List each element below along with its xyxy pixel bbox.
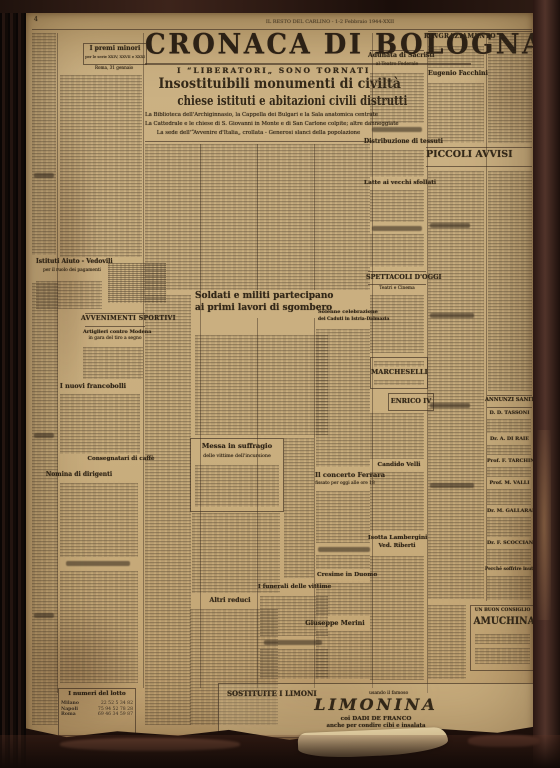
doctor-ad-text bbox=[487, 419, 531, 433]
column-text bbox=[316, 631, 370, 679]
lotto-box: I numeri del lotto Milano22 52 5 34 82 N… bbox=[58, 688, 136, 736]
newspaper-page: 4 IL RESTO DEL CARLINO - 1-2 Febbraio 19… bbox=[26, 13, 533, 740]
sgombero-headline-line2: ai primi lavori di sgombero bbox=[195, 304, 330, 313]
limonina-line2: anche per condire cibi e insalata bbox=[219, 724, 533, 730]
column-rule bbox=[486, 33, 487, 601]
folio-line: IL RESTO DEL CARLINO - 1-2 Febbraio 1944… bbox=[220, 20, 440, 25]
column-text bbox=[32, 33, 56, 255]
column-text bbox=[370, 73, 424, 123]
kicker: I “LIBERATORI„ SONO TORNATI bbox=[177, 67, 347, 75]
spettacoli-rule bbox=[368, 271, 426, 272]
sgombero-headline-line1: Soldati e militi partecipano bbox=[195, 292, 330, 301]
concerto-sub: fissato per oggi alle ore 18 bbox=[315, 482, 375, 487]
sport-headline-line1: Artiglieri contro Modena bbox=[83, 330, 147, 335]
blurred-headline bbox=[430, 483, 474, 488]
sport-header: AVVENIMENTI SPORTIVI bbox=[81, 316, 149, 323]
lotto-row: Roma69 46 34 59 87 bbox=[59, 712, 135, 718]
scan-border-right bbox=[533, 0, 560, 768]
main-headline-line1: Insostituibili monumenti di civiltà bbox=[145, 77, 372, 92]
column-rule bbox=[143, 33, 144, 688]
doctor-name: D. D. TASSONI bbox=[487, 411, 532, 416]
column-text bbox=[487, 576, 531, 600]
deck-rule bbox=[145, 141, 372, 142]
reduci-headline: Altri reduci bbox=[190, 597, 270, 604]
celebrazione-line2: dei Caduti in Istria-Dalmazia bbox=[318, 318, 374, 323]
doctor-ad-text bbox=[487, 489, 531, 505]
column-text bbox=[428, 46, 484, 68]
blurred-headline bbox=[430, 313, 474, 318]
blurred-headline bbox=[372, 127, 422, 132]
doctor-name: Prof. F. TARCHINI bbox=[487, 459, 532, 464]
doctor-name: Dr. F. SCOCCIANI bbox=[487, 541, 532, 546]
ad-text bbox=[374, 380, 424, 385]
adunata-rule bbox=[370, 50, 424, 51]
blurred-headline bbox=[430, 223, 470, 228]
amuchina-brand: AMUCHINA bbox=[474, 617, 532, 628]
main-headline-line2: chiese istituti e abitazioni civili dist… bbox=[145, 95, 372, 109]
premi-dateline: Roma, 31 gennaio bbox=[83, 66, 145, 70]
sport-rule bbox=[85, 326, 145, 327]
column-text bbox=[370, 413, 424, 459]
lombergini-line2: Ved. Riberti bbox=[368, 544, 426, 550]
listings-text bbox=[370, 295, 424, 353]
concerto-title: Il concerto Ferrara bbox=[315, 472, 375, 479]
adunata-title: Adunata di Sacristi bbox=[368, 53, 426, 60]
spettacoli-rule bbox=[368, 284, 426, 285]
column-text bbox=[370, 472, 424, 531]
column-text bbox=[32, 283, 58, 725]
column-text bbox=[192, 513, 280, 593]
doctor-name: Dr. A. DI RAIE bbox=[487, 437, 532, 442]
blurred-headline bbox=[430, 403, 470, 408]
scan-border-bottom bbox=[0, 735, 560, 768]
doctor-ad-text bbox=[487, 467, 531, 477]
blurred-headline bbox=[372, 226, 422, 231]
spettacoli-sub: Teatri e Cinema bbox=[368, 287, 426, 292]
amuchina-header: UN BUON CONSIGLIO bbox=[471, 609, 534, 614]
merini-headline: Giuseppe Merini bbox=[304, 620, 366, 627]
amuchina-ad: UN BUON CONSIGLIO AMUCHINA bbox=[470, 605, 535, 671]
page-number: 4 bbox=[34, 17, 38, 23]
column-text bbox=[316, 329, 370, 467]
vedovile-title: Istituti Aiuto - Vedovili bbox=[36, 259, 108, 265]
ringraziamento-header: RINGRAZIAMENTO bbox=[424, 34, 488, 40]
celebrazione-line1: Solenne celebrazione bbox=[318, 310, 374, 315]
deck-line1: La Biblioteca dell'Archiginnasio, la Cap… bbox=[145, 113, 372, 119]
classifieds-text bbox=[488, 171, 532, 391]
piccoli-avvisi-header: PICCOLI AVVISI bbox=[426, 150, 512, 160]
blurred-headline bbox=[34, 433, 54, 438]
ringraziamento-rule bbox=[428, 31, 532, 32]
column-text bbox=[195, 465, 279, 507]
ad-text bbox=[374, 361, 424, 367]
column-text bbox=[316, 491, 370, 543]
column-text bbox=[428, 83, 484, 143]
annunzi-header: ANNUNZI SANITARI bbox=[485, 398, 533, 403]
premi-minori-title: I premi minori bbox=[84, 46, 146, 53]
distribuzione-headline: Distribuzione di tessuti bbox=[364, 139, 430, 145]
soffrire-headline: Perché soffrire inutilmente? bbox=[485, 568, 533, 573]
column-text bbox=[145, 144, 370, 290]
column-text bbox=[370, 556, 424, 680]
column-text bbox=[60, 394, 140, 454]
column-text bbox=[36, 281, 102, 309]
francobolli-headline: I nuovi francobolli bbox=[50, 383, 136, 390]
candido-headline: Candido Velli bbox=[372, 462, 426, 468]
deck-line2: La Cattedrale e le chiese di S. Giovanni… bbox=[145, 122, 372, 128]
limonina-line1: coi DADI DE FRANCO bbox=[219, 716, 533, 722]
messa-title: Messa in suffragio bbox=[191, 443, 283, 450]
column-text bbox=[60, 571, 138, 683]
messa-sub: delle vittime dell'incursione bbox=[191, 454, 283, 459]
doctor-ad-text bbox=[487, 517, 531, 537]
ad-text bbox=[475, 634, 530, 644]
blurred-headline bbox=[34, 173, 54, 178]
column-text bbox=[316, 583, 370, 616]
column-text bbox=[195, 335, 328, 435]
annunzi-rule bbox=[487, 407, 532, 408]
blurred-headline bbox=[318, 547, 370, 552]
sport-rule bbox=[85, 313, 145, 314]
premi-minori-box: I premi minori per le serie XXIV, XXVII … bbox=[83, 43, 147, 65]
blurred-headline bbox=[34, 613, 54, 618]
lombergini-line1: Isotta Lambergini bbox=[368, 535, 426, 541]
column-text bbox=[370, 150, 424, 177]
scan-border-top bbox=[0, 0, 560, 13]
lotto-title: I numeri del lotto bbox=[59, 691, 135, 697]
column-text bbox=[83, 347, 143, 379]
facchini-headline: Eugenio Facchini bbox=[428, 71, 484, 78]
spettacoli-header: SPETTACOLI D'OGGI bbox=[366, 274, 428, 281]
enrico-iv-brand: ENRICO IV bbox=[389, 398, 433, 405]
marcheselli-brand: MARCHESELLI bbox=[371, 369, 427, 376]
ad-text bbox=[475, 648, 530, 664]
doctor-ad-text bbox=[487, 549, 531, 565]
adunata-sub: al Teatro Federale bbox=[368, 63, 426, 68]
column-text bbox=[370, 234, 424, 267]
premi-minori-sub: per le serie XXIV, XXVII e XXXI bbox=[84, 55, 146, 59]
classifieds-text bbox=[428, 171, 484, 599]
column-text bbox=[370, 190, 424, 222]
doctor-name: Dr. M. GALLARANI bbox=[487, 509, 532, 514]
deck-line3: La sede dell'“Avvenire d'Italia„ crollat… bbox=[145, 131, 372, 137]
doctor-ad-text bbox=[487, 445, 531, 455]
column-text bbox=[488, 33, 532, 143]
column-text bbox=[60, 75, 142, 257]
cresime-headline: Cresime in Duomo bbox=[317, 572, 372, 578]
newspaper-scan: 4 IL RESTO DEL CARLINO - 1-2 Febbraio 19… bbox=[0, 0, 560, 768]
binding-edge bbox=[0, 0, 26, 768]
sport-headline-line2: in gara del tiro a segno bbox=[83, 337, 147, 342]
column-text bbox=[60, 483, 138, 557]
messa-box: Messa in suffragio delle vittime dell'in… bbox=[190, 438, 284, 512]
piccoli-avvisi-rule bbox=[426, 147, 532, 148]
limonina-brand: LIMONINA bbox=[219, 697, 533, 714]
column-text bbox=[145, 295, 191, 725]
column-text bbox=[316, 555, 370, 569]
blurred-headline bbox=[66, 561, 130, 566]
column-text bbox=[284, 438, 314, 578]
latte-headline: Latte ai vecchi sfollati bbox=[364, 180, 430, 186]
annunzi-rule bbox=[487, 395, 532, 396]
column-text bbox=[428, 605, 466, 679]
marcheselli-ad: MARCHESELLI bbox=[370, 357, 428, 389]
piccoli-avvisi-rule bbox=[426, 166, 532, 167]
vedovile-sub: per il ruolo dei pagamenti bbox=[36, 269, 108, 274]
dirigenti-headline: Nomina di dirigenti bbox=[42, 472, 116, 478]
doctor-name: Prof. M. VALLI bbox=[487, 481, 532, 486]
